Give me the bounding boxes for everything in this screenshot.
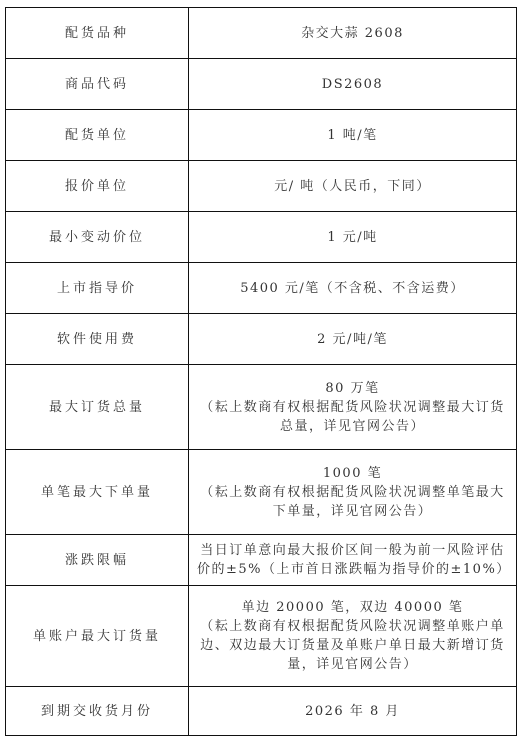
value-line: 总量，详见官网公告） <box>197 417 508 436</box>
table-row-max-single-order: 单笔最大下单量 1000 笔 （耘上数商有权根据配货风险状况调整单笔最大 下单量… <box>6 450 517 535</box>
value-line: 5400 元/笔（不含税、不含运费） <box>197 279 508 298</box>
row-label: 最大订货总量 <box>6 365 189 450</box>
row-value: 1 吨/笔 <box>189 110 517 161</box>
row-value: DS2608 <box>189 59 517 110</box>
value-line: 2 元/吨/笔 <box>197 330 508 349</box>
value-line: 2026 年 8 月 <box>197 702 508 721</box>
row-value: 杂交大蒜 2608 <box>189 8 517 59</box>
row-value: 1000 笔 （耘上数商有权根据配货风险状况调整单笔最大 下单量，详见官网公告） <box>189 450 517 535</box>
row-label: 涨跌限幅 <box>6 535 189 586</box>
row-label: 到期交收货月份 <box>6 687 189 736</box>
row-label: 配货品种 <box>6 8 189 59</box>
value-line: 80 万笔 <box>197 379 508 398</box>
value-line: 元/ 吨（人民币，下同） <box>197 177 508 196</box>
value-line: （耘上数商有权根据配货风险状况调整单笔最大 <box>197 483 508 502</box>
row-value: 1 元/吨 <box>189 212 517 263</box>
row-value: 80 万笔 （耘上数商有权根据配货风险状况调整最大订货 总量，详见官网公告） <box>189 365 517 450</box>
table-row-delivery-month: 到期交收货月份 2026 年 8 月 <box>6 687 517 736</box>
row-value: 单边 20000 笔，双边 40000 笔 （耘上数商有权根据配货风险状况调整单… <box>189 586 517 687</box>
table-row-listing-price: 上市指导价 5400 元/笔（不含税、不含运费） <box>6 263 517 314</box>
row-value: 2026 年 8 月 <box>189 687 517 736</box>
value-line: 杂交大蒜 2608 <box>197 24 508 43</box>
table-row-software-fee: 软件使用费 2 元/吨/笔 <box>6 314 517 365</box>
row-label: 报价单位 <box>6 161 189 212</box>
value-line: （耘上数商有权根据配货风险状况调整最大订货 <box>197 398 508 417</box>
value-line: 1 吨/笔 <box>197 126 508 145</box>
table-row-variety: 配货品种 杂交大蒜 2608 <box>6 8 517 59</box>
value-line: 下单量，详见官网公告） <box>197 502 508 521</box>
row-label: 上市指导价 <box>6 263 189 314</box>
row-label: 配货单位 <box>6 110 189 161</box>
value-line: 价的±5%（上市首日涨跌幅为指导价的±10%） <box>197 560 508 579</box>
row-label: 软件使用费 <box>6 314 189 365</box>
row-value: 2 元/吨/笔 <box>189 314 517 365</box>
table-row-max-total-order: 最大订货总量 80 万笔 （耘上数商有权根据配货风险状况调整最大订货 总量，详见… <box>6 365 517 450</box>
row-label: 单账户最大订货量 <box>6 586 189 687</box>
row-label: 单笔最大下单量 <box>6 450 189 535</box>
table-row-account-max-order: 单账户最大订货量 单边 20000 笔，双边 40000 笔 （耘上数商有权根据… <box>6 586 517 687</box>
value-line: DS2608 <box>197 75 508 94</box>
contract-spec-table: 配货品种 杂交大蒜 2608 商品代码 DS2608 配货单位 1 吨/笔 报价… <box>5 7 517 736</box>
table-row-quote-unit: 报价单位 元/ 吨（人民币，下同） <box>6 161 517 212</box>
value-line: 1000 笔 <box>197 464 508 483</box>
table-row-code: 商品代码 DS2608 <box>6 59 517 110</box>
value-line: 1 元/吨 <box>197 228 508 247</box>
row-value: 5400 元/笔（不含税、不含运费） <box>189 263 517 314</box>
value-line: （耘上数商有权根据配货风险状况调整单账户单 <box>197 617 508 636</box>
row-label: 商品代码 <box>6 59 189 110</box>
row-value: 元/ 吨（人民币，下同） <box>189 161 517 212</box>
value-line: 当日订单意向最大报价区间一般为前一风险评估 <box>197 541 508 560</box>
value-line: 单边 20000 笔，双边 40000 笔 <box>197 598 508 617</box>
row-label: 最小变动价位 <box>6 212 189 263</box>
table-row-price-limit: 涨跌限幅 当日订单意向最大报价区间一般为前一风险评估 价的±5%（上市首日涨跌幅… <box>6 535 517 586</box>
value-line: 边、双边最大订货量及单账户单日最大新增订货 <box>197 636 508 655</box>
row-value: 当日订单意向最大报价区间一般为前一风险评估 价的±5%（上市首日涨跌幅为指导价的… <box>189 535 517 586</box>
table-row-tick-size: 最小变动价位 1 元/吨 <box>6 212 517 263</box>
value-line: 量，详见官网公告） <box>197 655 508 674</box>
table-row-unit: 配货单位 1 吨/笔 <box>6 110 517 161</box>
